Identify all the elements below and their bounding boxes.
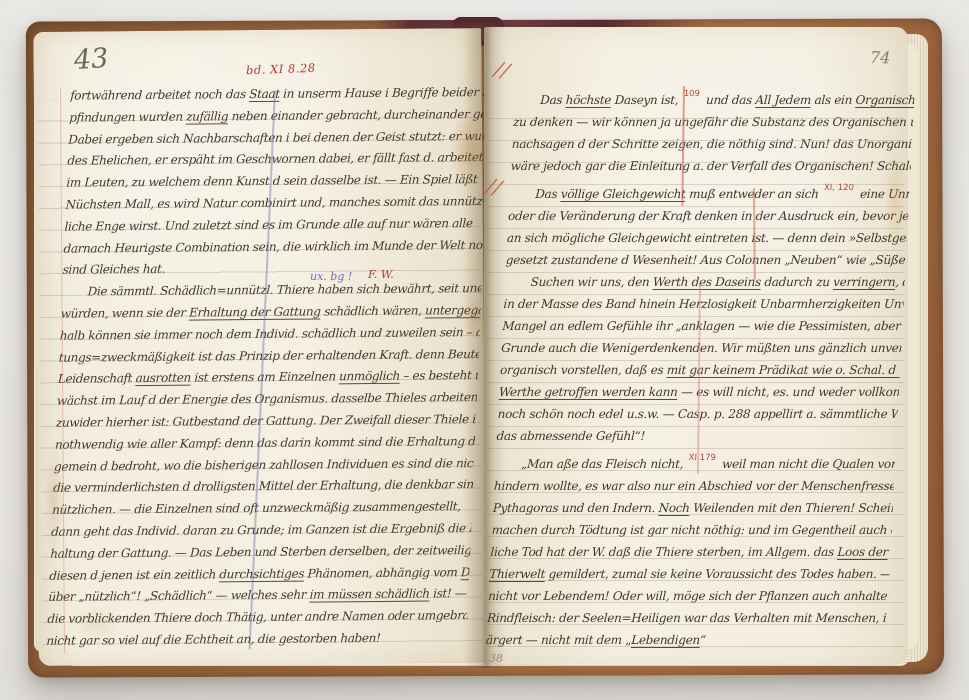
handwriting-text: fortwährend arbeitet noch das — [70, 87, 250, 103]
handwriting-line: nicht gar so viel auf die Echtheit an, d… — [46, 627, 467, 652]
handwriting-line: pfindungen wurden zufällig neben einande… — [69, 104, 490, 129]
handwriting-text: Phänomen, abhängig vom — [304, 565, 461, 580]
handwriting-text: zufällig — [186, 109, 229, 123]
handwriting-text: würden, wenn sie der — [60, 306, 189, 321]
handwriting-line: Das völlige Gleichgewicht muß entweder a… — [509, 177, 910, 205]
handwriting-line: ärgert — nicht mit dem „Lebendigen“ — [485, 629, 886, 651]
handwriting-line: hindern wollte, es war also nur ein Absc… — [493, 475, 894, 497]
handwriting-line: an sich mögliche Gleichgewicht eintreten… — [506, 227, 907, 249]
photograph-background: fortwährend arbeitet noch das Staat in u… — [0, 0, 969, 700]
handwriting-text: unmöglich — [339, 369, 400, 384]
handwriting-text: — es will nicht, es. und weder vollkomme… — [677, 385, 899, 399]
handwriting-text: Noch — [658, 501, 690, 515]
handwriting-text: liche Enge wirst. Und zuletzt sind es im… — [64, 216, 473, 234]
handwriting-line: Mangel an edlem Gefühle ihr „anklagen — … — [502, 315, 903, 337]
handwriting-text: in unserm Hause i Begriffe beider Em- — [279, 85, 490, 101]
handwriting-line: darnach Heurigste Combination sein, die … — [63, 235, 484, 260]
handwriting-text: im müssen schädlich — [309, 587, 430, 602]
handwriting-text: Rindfleisch: der Seelen=Heiligen war das… — [487, 611, 888, 625]
handwriting-line: die vorblickenden Thiere doch Thätig, un… — [47, 605, 468, 630]
handwriting-text: Werthe getroffen werden kann — [499, 385, 678, 399]
handwriting-line: Suchen wir uns, den Werth des Daseins da… — [504, 271, 905, 293]
handwriting-line: nothwendig wie aller Kampf: denn das dar… — [55, 431, 476, 456]
handwriting-text: Nüchsten Mall, es wird Natur combinirt u… — [65, 194, 486, 212]
handwriting-text: Daseyn ist, — [611, 93, 679, 107]
handwriting-text: mit gar keinem Prädikat wie o. Schal. d … — [666, 363, 900, 377]
handwriting-text: Thierwelt — [489, 567, 545, 581]
handwriting-text: diesen d jenen ist ein zeitlich — [49, 567, 220, 582]
handwriting-text: in der Masse des Band hinein Herzlosigke… — [503, 297, 904, 311]
handwriting-line: Das höchste Daseyn ist,109 und das All J… — [514, 83, 915, 111]
handwriting-text: an sich mögliche Gleichgewicht eintreten… — [507, 231, 908, 245]
handwriting-line: Grunde auch die Wenigerdenkenden. Wir mü… — [501, 337, 902, 359]
handwriting-text: oder die Veränderung der Kraft denken in… — [508, 209, 909, 223]
handwriting-line: Werthe getroffen werden kann — es will n… — [498, 381, 899, 403]
handwriting-text: Erhaltung der Gattung — [189, 304, 321, 319]
handwriting-text: XI, 120 — [824, 183, 854, 193]
handwriting-text: neben einander gebracht, durcheinander g… — [228, 106, 490, 123]
handwriting-line: haltung der Gattung. — Das Leben und Ste… — [50, 540, 471, 565]
handwriting-text: Werth des Daseins — [653, 275, 762, 289]
handwriting-text: Loos der — [837, 545, 888, 559]
handwriting-text: Leidenschaft — [58, 371, 136, 386]
handwriting-text: untergegangen — [425, 303, 481, 318]
handwriting-text: als ein — [811, 93, 856, 107]
handwriting-text: All Jedem — [755, 93, 811, 107]
handwriting-line: in der Masse des Band hinein Herzlosigke… — [503, 293, 904, 315]
red-ink-header-annotation: bd. XI 8.28 — [246, 61, 316, 77]
handwriting-text: ausrotten — [135, 371, 191, 385]
red-ink-inline-annotation: F. W. — [368, 268, 394, 281]
handwriting-text: Mangel an edlem Gefühle ihr „anklagen — … — [502, 319, 903, 333]
handwriting-text: völlige Gleichgewicht — [560, 187, 686, 201]
handwriting-text: Das — [540, 93, 566, 107]
handwriting-text: nicht gar so viel auf die Echtheit an, d… — [46, 631, 381, 648]
handwriting-text: zuwider hierher ist: Gutbestand der Gatt… — [56, 412, 477, 430]
handwriting-line: „Man aße das Fleisch nicht,XI 179 weil m… — [495, 447, 896, 475]
handwriting-text: ärgert — nicht mit dem „ — [486, 633, 632, 647]
handwriting-text: Staat — [249, 87, 280, 101]
handwriting-text: gesetzt zustandene d Wesenheit! Aus Colo… — [505, 253, 906, 267]
handwriting-text: des Ehelichen, er erspäht im Geschwornen… — [67, 150, 483, 168]
handwriting-text: Lebendigen — [631, 633, 700, 647]
handwriting-line: halb können sie immer noch dem Individ. … — [59, 322, 480, 347]
handwriting-text: halb können sie immer noch dem Individ. … — [59, 324, 480, 342]
handwriting-line: Pythagoras und den Indern. Noch Weilende… — [492, 497, 893, 519]
handwriting-line: liche Tod hat der W. daß die Thiere ster… — [490, 541, 891, 563]
handwriting-text: ist! — Deshalb waren — [429, 586, 468, 601]
handwriting-line: nicht vor Lebendem! Oder will, möge sich… — [488, 585, 889, 607]
handwriting-text: und das — [702, 93, 756, 107]
handwriting-text: Daseinsschein — [461, 564, 470, 579]
handwriting-text: im Leuten, zu welchem denn Kunst d sein … — [66, 172, 478, 190]
handwriting-text: dadurch zu — [761, 275, 834, 289]
handwriting-text: , daß wir — [895, 275, 905, 289]
handwriting-text: schädlich wären, — [320, 304, 425, 319]
handwriting-text: das abmessende Gefühl“! — [496, 429, 645, 443]
handwriting-text: darnach Heurigste Combination sein, die … — [63, 237, 484, 255]
handwriting-text: Das — [535, 187, 561, 201]
handwriting-text: Dabei ergeben sich Nachbarschaften i bei… — [68, 128, 489, 146]
handwriting-text: die verminderlichsten d drolligsten Mitt… — [53, 476, 474, 495]
handwriting-text: wäre jedoch gar die Einleitung a. der Ve… — [510, 159, 911, 173]
handwriting-text: durchsichtiges — [219, 566, 304, 581]
handwriting-text: liche Tod hat der W. daß die Thiere ster… — [490, 545, 838, 559]
handwriting-text: eine Unmöglichkeit sein, — [856, 187, 910, 201]
handwriting-text: haltung der Gattung. — Das Leben und Ste… — [50, 543, 471, 561]
handwriting-line: Thierwelt gemildert, zumal sie keine Vor… — [489, 563, 890, 585]
handwriting-line: wäre jedoch gar die Einleitung a. der Ve… — [510, 155, 911, 177]
handwriting-text: Pythagoras und den Indern. — [492, 501, 659, 515]
right-page: Das höchste Daseyn ist,109 und das All J… — [484, 27, 908, 665]
handwriting-line: machen durch Tödtung ist gar nicht nöthi… — [491, 519, 892, 541]
handwriting-text: zu denken — wir können ja ungefähr die S… — [513, 115, 914, 129]
handwriting-text: wächst im Lauf d der Energie des Organis… — [57, 390, 478, 408]
handwriting-text: Die sämmtl. Schädlich=unnützl. Thiere ha… — [87, 280, 482, 298]
handwriting-line: das abmessende Gefühl“! — [496, 425, 897, 447]
purple-ink-annotation: ux. bg ! — [310, 270, 352, 283]
handwriting-right: Das höchste Daseyn ist,109 und das All J… — [485, 83, 915, 659]
handwriting-text: tungs=zweckmäßigkeit ist das Prinzip der… — [59, 346, 480, 364]
sheet-number: 38 — [489, 652, 503, 665]
handwriting-text: nützlichen. — die Einzelnen sind oft unz… — [52, 499, 461, 517]
handwriting-text: nothwendig wie aller Kampf: denn das dar… — [55, 433, 476, 451]
handwriting-text: nicht vor Lebendem! Oder will, möge sich… — [488, 589, 889, 603]
handwriting-text: Weilenden mit den Thieren! Schein- — [689, 501, 893, 515]
handwriting-line: gesetzt zustandene d Wesenheit! Aus Colo… — [505, 249, 906, 271]
handwriting-line: organisch vorstellen, daß es mit gar kei… — [499, 359, 900, 381]
handwriting-text: ist erstens am Einzelnen — [191, 370, 340, 385]
handwriting-line: noch schön noch edel u.s.w. — Casp. p. 2… — [497, 403, 898, 425]
handwriting-text: – es besteht und ihnen, ein — [400, 368, 479, 383]
handwriting-line: Rindfleisch: der Seelen=Heiligen war das… — [486, 607, 887, 629]
handwriting-text: Organisches — [855, 93, 915, 107]
handwriting-text: höchste — [565, 93, 611, 107]
handwriting-text: gemildert, zumal sie keine Voraussicht d… — [545, 567, 890, 581]
handwriting-text: 109 — [683, 89, 700, 99]
handwriting-line: nachsagen d der Schritte zeigen, die nöt… — [511, 133, 912, 155]
handwriting-line: liche Enge wirst. Und zuletzt sind es im… — [64, 213, 485, 238]
handwriting-text: nachsagen d der Schritte zeigen, die nöt… — [512, 137, 913, 151]
left-page: fortwährend arbeitet noch das Staat in u… — [33, 28, 487, 666]
page-number-left: 43 — [73, 43, 109, 76]
handwriting-text: Suchen wir uns, den — [530, 275, 653, 289]
handwriting-text: pfindungen wurden — [69, 109, 187, 124]
handwriting-text: weil man nicht die Qualen vom Menschen v… — [718, 457, 896, 471]
handwriting-text: machen durch Tödtung ist gar nicht nöthi… — [491, 523, 892, 537]
handwriting-text: muß entweder an sich — [685, 187, 819, 201]
handwriting-text: die vorblickenden Thiere doch Thätig, un… — [47, 608, 468, 626]
handwriting-text: „Man aße das Fleisch nicht, — [521, 457, 684, 471]
handwriting-text: “ — [700, 633, 707, 647]
handwriting-text: hindern wollte, es war also nur ein Absc… — [494, 479, 895, 493]
handwriting-line: zu denken — wir können ja ungefähr die S… — [512, 111, 913, 133]
handwriting-text: sind Gleiches hat. — [62, 262, 165, 277]
handwriting-text: gemein d bedroht, wo die bisherigen zahl… — [54, 456, 475, 474]
handwriting-text: organisch vorstellen, daß es — [500, 363, 668, 377]
page-number-right: 74 — [870, 48, 891, 68]
handwriting-text: verringern — [833, 275, 896, 289]
handwriting-text: über „nützlich“! „Schädlich“ — welches s… — [48, 588, 310, 604]
handwriting-text: noch schön noch edel u.s.w. — Casp. p. 2… — [497, 407, 898, 421]
handwriting-text: dann geht das Individ. daran zu Grunde; … — [51, 521, 472, 539]
handwriting-line: oder die Veränderung der Kraft denken in… — [508, 205, 909, 227]
handwriting-text: Grunde auch die Wenigerdenkenden. Wir mü… — [501, 341, 902, 355]
handwriting-text: XI 179 — [688, 453, 716, 463]
handwriting-left: fortwährend arbeitet noch das Staat in u… — [46, 82, 491, 658]
